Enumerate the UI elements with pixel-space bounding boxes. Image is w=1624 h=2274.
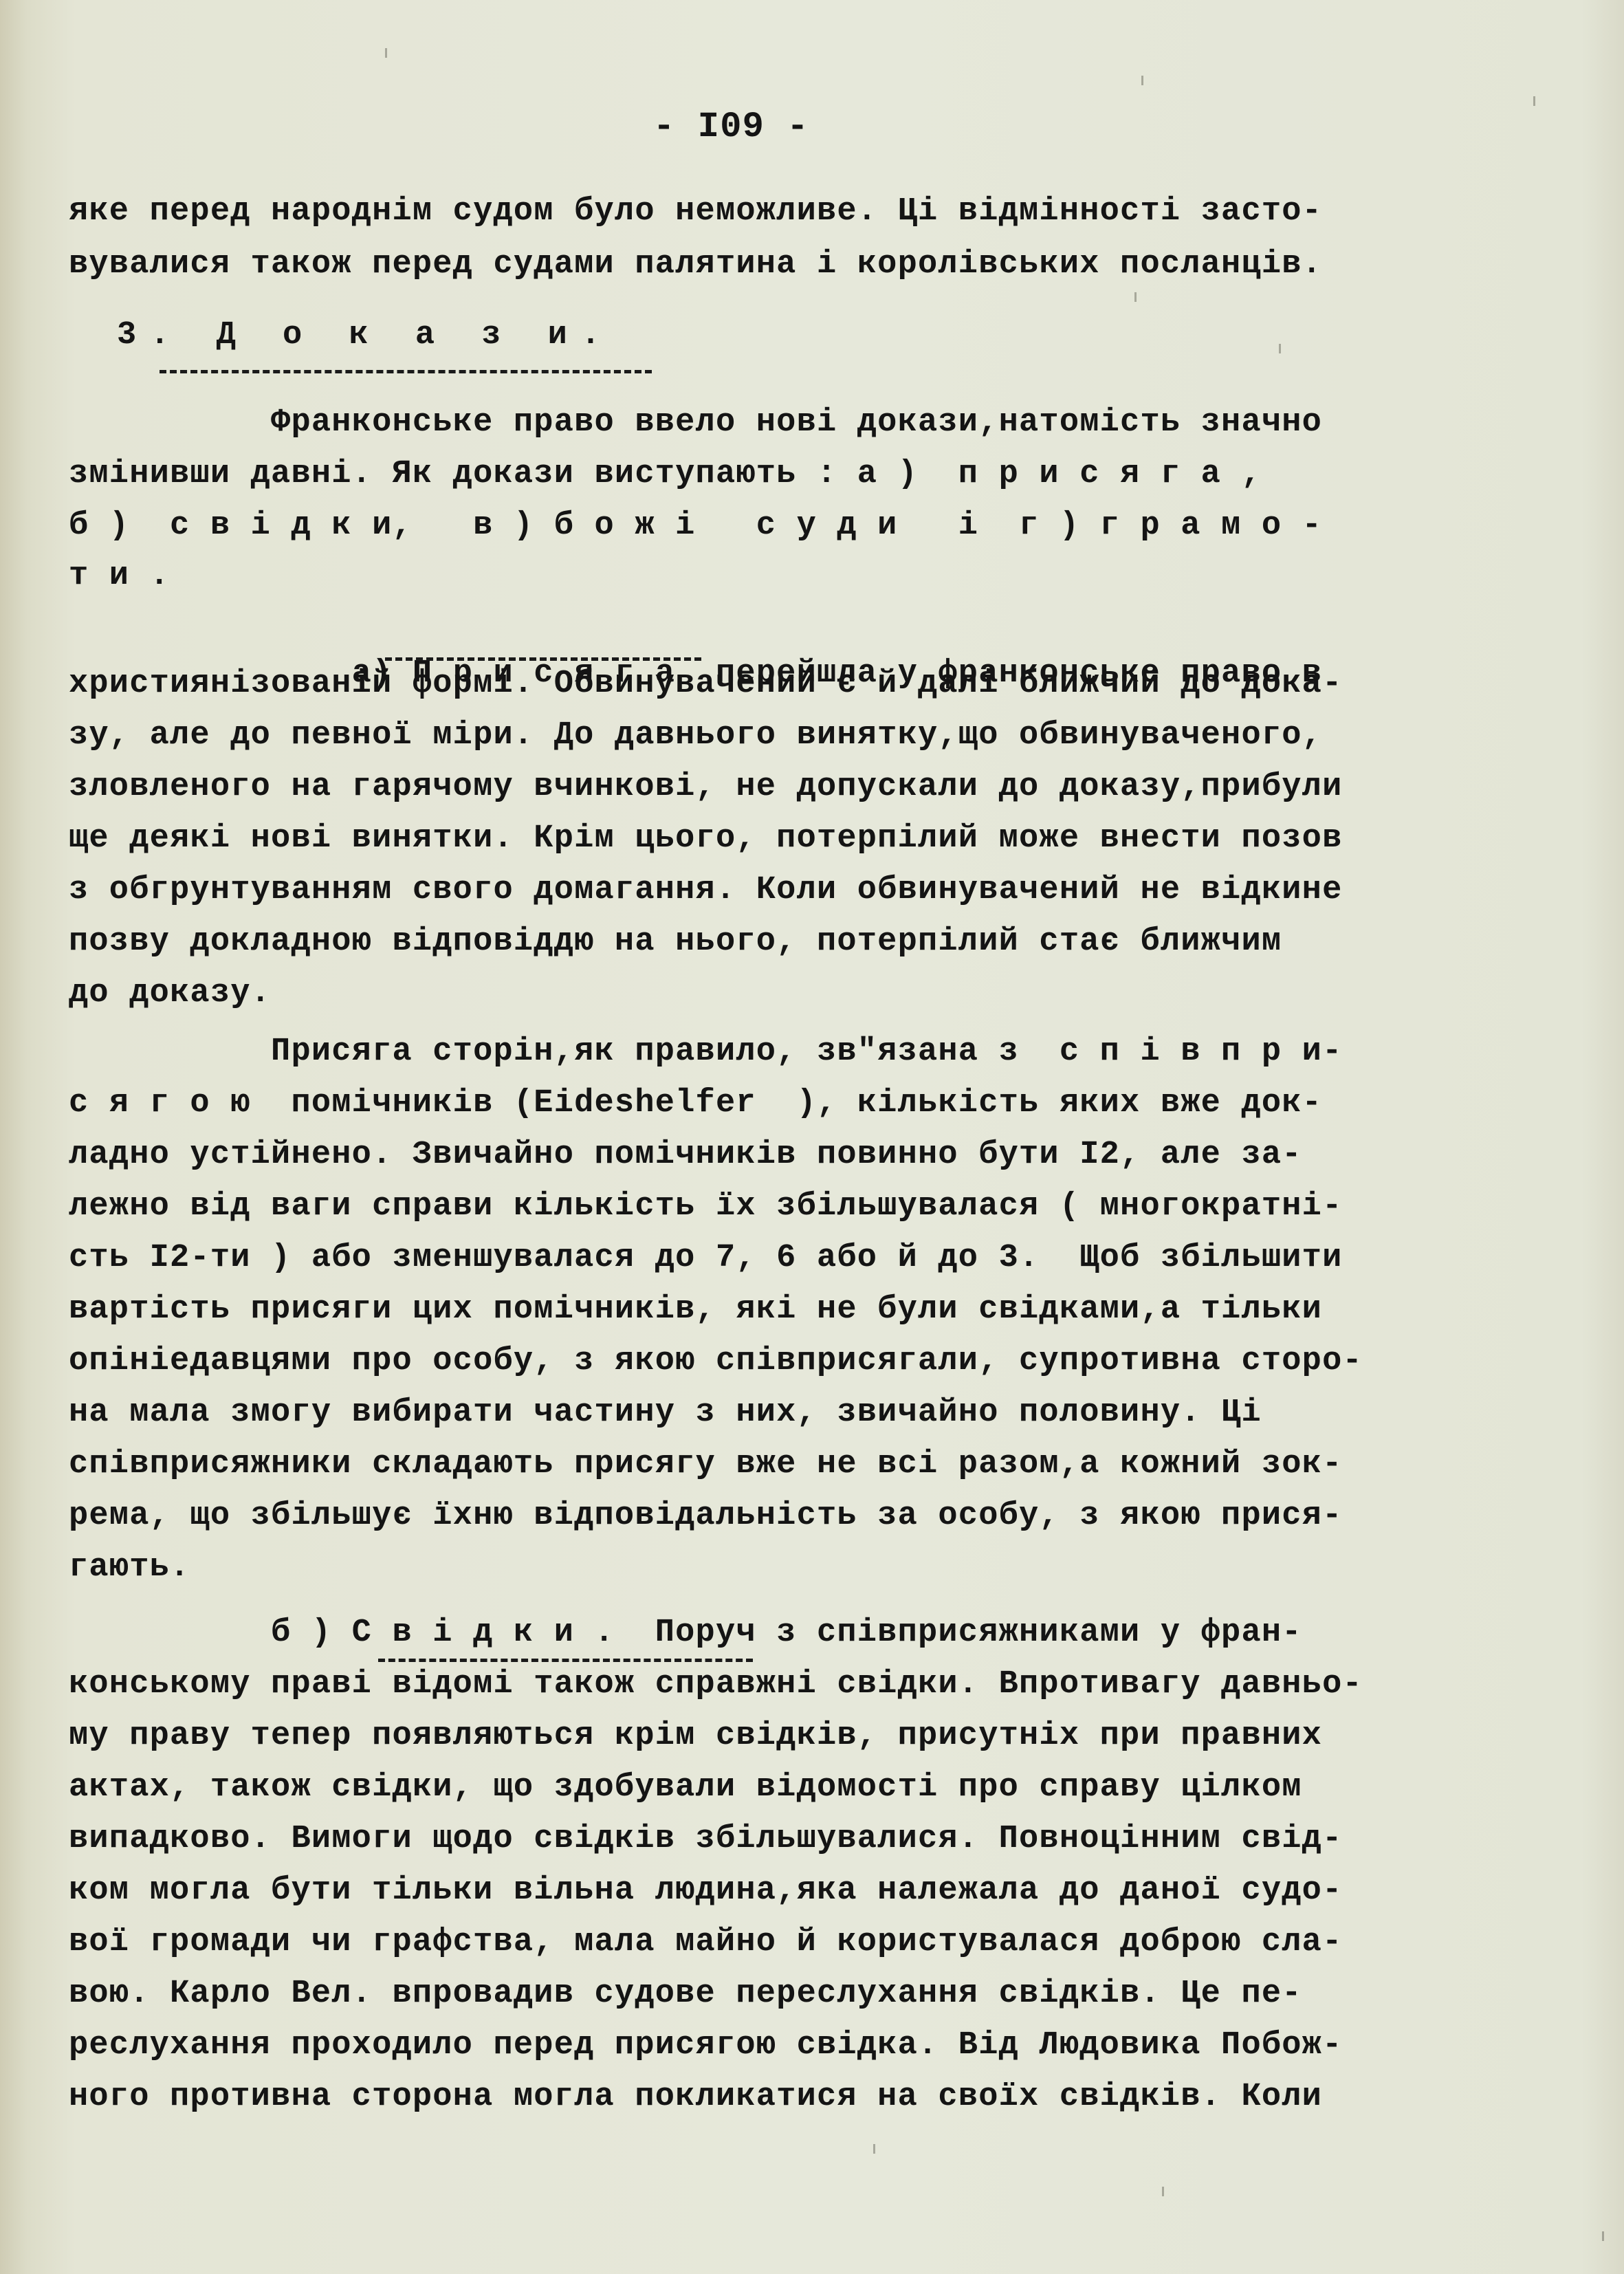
text-line: ще деякі нові винятки. Крім цього, потер… xyxy=(69,818,1343,860)
paper-speck xyxy=(1279,344,1281,353)
text-line: рема, що збільшує їхню відповідальність … xyxy=(69,1496,1343,1537)
heading-underline xyxy=(160,370,652,373)
text-line: ладно устійнено. Звичайно помічників пов… xyxy=(69,1135,1302,1176)
text-line: б ) С в і д к и . Поруч з співприсяжника… xyxy=(69,1612,1302,1654)
oath-underline xyxy=(385,657,701,661)
text-line: вувалися також перед судами палятина і к… xyxy=(69,244,1322,285)
paper-speck xyxy=(1134,292,1137,302)
paper-speck xyxy=(1141,76,1143,85)
paper-speck xyxy=(1162,2187,1164,2196)
text-line: опініедавцями про особу, з якою співприс… xyxy=(69,1341,1363,1382)
text-line: ного противна сторона могла покликатися … xyxy=(69,2077,1322,2118)
text-line: гають. xyxy=(69,1547,190,1588)
text-line: Франконське право ввело нові докази,нато… xyxy=(69,402,1322,444)
text-line: т и . xyxy=(69,556,170,597)
text-line: на мала змогу вибирати частину з них, зв… xyxy=(69,1392,1262,1434)
paper-speck xyxy=(1602,2231,1604,2241)
page-number: - I09 - xyxy=(653,107,809,148)
text-line: позву докладною відповіддю на нього, пот… xyxy=(69,921,1282,963)
witnesses-underline xyxy=(378,1659,753,1662)
text-line: вої громади чи графства, мала майно й ко… xyxy=(69,1922,1343,1963)
text-line: му праву тепер появляються крім свідків,… xyxy=(69,1716,1322,1757)
text-line: лежно від ваги справи кількість їх збіль… xyxy=(69,1186,1343,1227)
text-line: б ) с в і д к и, в ) б о ж і с у д и і г… xyxy=(69,505,1322,547)
text-line: змінивши давні. Як докази виступають : а… xyxy=(69,454,1262,495)
text-line: ком могла бути тільки вільна людина,яка … xyxy=(69,1870,1343,1912)
paper-speck xyxy=(385,48,387,58)
text-line: з обгрунтуванням свого домагання. Коли о… xyxy=(69,870,1343,911)
text-line: християнізованій формі. Обвинувачений є … xyxy=(69,664,1343,705)
text-line: випадково. Вимоги щодо свідків збільшува… xyxy=(69,1819,1343,1860)
text-line: яке перед народнім судом було неможливе.… xyxy=(69,191,1322,232)
text-line: Присяга сторін,як правило, зв"язана з с … xyxy=(69,1031,1343,1073)
text-line: до доказу. xyxy=(69,973,271,1014)
text-line: актах, також свідки, що здобували відомо… xyxy=(69,1767,1302,1808)
text-line: зу, але до певної міри. До давнього виня… xyxy=(69,715,1322,756)
text-line: співприсяжники складають присягу вже не … xyxy=(69,1444,1343,1485)
text-line: сть I2-ти ) або зменшувалася до 7, 6 або… xyxy=(69,1238,1343,1279)
text-line: конському праві відомі також справжні св… xyxy=(69,1664,1363,1705)
text-line: с я г о ю помічників (Eideshelfer ), кіл… xyxy=(69,1083,1322,1124)
text-line: зловленого на гарячому вчинкові, не допу… xyxy=(69,767,1343,808)
text-line: реслухання проходило перед присягою свід… xyxy=(69,2025,1343,2066)
document-page: - I09 - яке перед народнім судом було не… xyxy=(0,0,1624,2274)
paper-speck xyxy=(873,2144,875,2154)
paper-speck xyxy=(1533,96,1535,106)
section-heading: 3. Д о к а з и. xyxy=(117,315,614,356)
text-line: вартість присяги цих помічників, які не … xyxy=(69,1289,1322,1331)
text-line: вою. Карло Вел. впровадив судове переслу… xyxy=(69,1974,1302,2015)
